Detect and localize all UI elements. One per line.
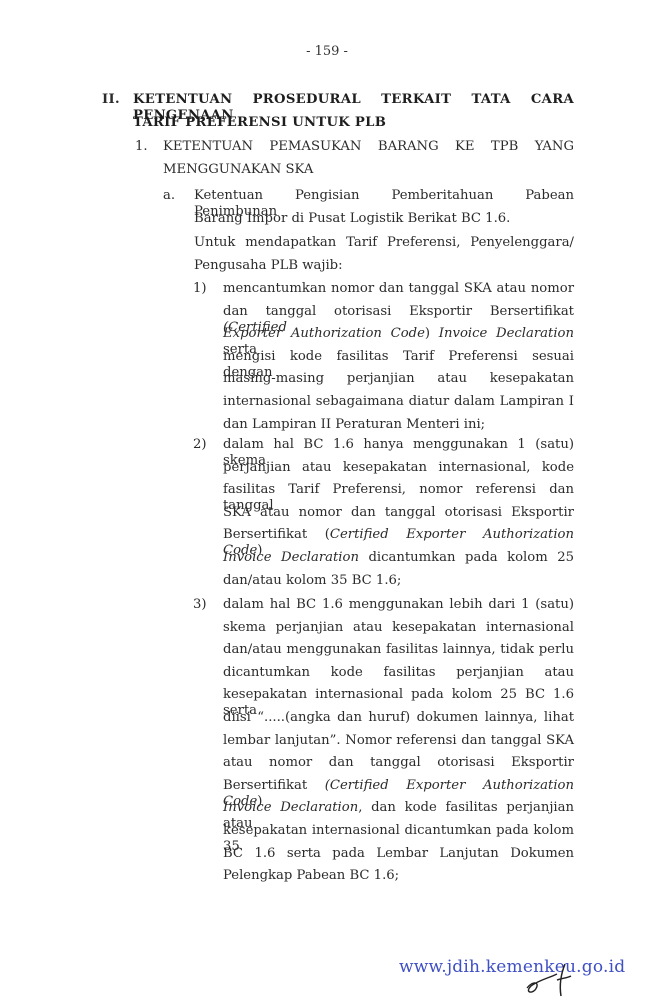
page-number: - 159 - bbox=[0, 44, 654, 59]
point-text-line: perjanjian atau kesepakatan internasiona… bbox=[223, 460, 574, 476]
point-text-line: internasional sebagaimana diatur dalam L… bbox=[223, 394, 574, 410]
point-number: 3) bbox=[193, 597, 207, 613]
item-intro: Pengusaha PLB wajib: bbox=[194, 258, 343, 274]
section-title: TARIF PREFERENSI UNTUK PLB bbox=[133, 115, 386, 131]
item-intro: Untuk mendapatkan Tarif Preferensi, Peny… bbox=[194, 235, 574, 251]
subsection-title: MENGGUNAKAN SKA bbox=[163, 162, 313, 178]
point-text-line: dalam hal BC 1.6 menggunakan lebih dari … bbox=[223, 597, 574, 613]
point-text-line: dan/atau menggunakan fasilitas lainnya, … bbox=[223, 642, 574, 658]
point-text-line: skema perjanjian atau kesepakatan intern… bbox=[223, 620, 574, 636]
point-number: 2) bbox=[193, 437, 207, 453]
point-text-line: diisi “.....(angka dan huruf) dokumen la… bbox=[223, 710, 574, 726]
point-text-line: dan/atau kolom 35 BC 1.6; bbox=[223, 573, 401, 589]
point-text-line: Invoice Declaration dicantumkan pada kol… bbox=[223, 550, 574, 566]
subsection-number: 1. bbox=[135, 139, 148, 155]
section-number: II. bbox=[102, 92, 120, 108]
document-page: - 159 - II.KETENTUAN PROSEDURAL TERKAIT … bbox=[0, 0, 654, 1000]
point-text-line: atau nomor dan tanggal otorisasi Eksport… bbox=[223, 755, 574, 771]
point-text-line: dicantumkan kode fasilitas perjanjian at… bbox=[223, 665, 574, 681]
point-text-line: lembar lanjutan”. Nomor referensi dan ta… bbox=[223, 733, 574, 749]
subsection-title: KETENTUAN PEMASUKAN BARANG KE TPB YANG bbox=[163, 139, 574, 155]
point-text-line: SKA atau nomor dan tanggal otorisasi Eks… bbox=[223, 505, 574, 521]
point-number: 1) bbox=[193, 281, 207, 297]
footer-url-link[interactable]: www.jdih.kemenkeu.go.id bbox=[399, 957, 625, 977]
item-title: Barang Impor di Pusat Logistik Berikat B… bbox=[194, 211, 510, 227]
point-text-line: dan Lampiran II Peraturan Menteri ini; bbox=[223, 417, 485, 433]
point-text-line: BC 1.6 serta pada Lembar Lanjutan Dokume… bbox=[223, 846, 574, 862]
point-text-line: mencantumkan nomor dan tanggal SKA atau … bbox=[223, 281, 574, 297]
point-text-line: masing-masing perjanjian atau kesepakata… bbox=[223, 371, 574, 387]
signature-initials-icon bbox=[515, 960, 575, 1000]
point-text-line: Pelengkap Pabean BC 1.6; bbox=[223, 868, 399, 884]
item-label: a. bbox=[163, 188, 175, 204]
